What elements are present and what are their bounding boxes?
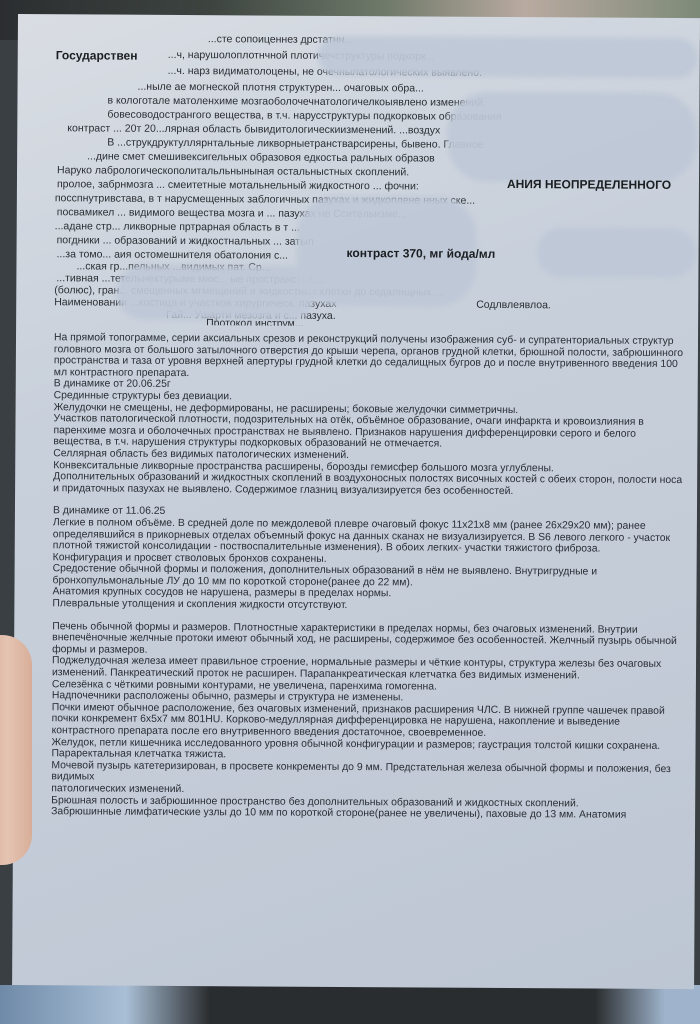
obscured-line: ...ныле ае могнеской плотня структурен..… (138, 81, 424, 95)
obscured-line: Содлвлеявлоа. (476, 299, 551, 311)
abdomen-finding: Забрюшинные лимфатические узлы до 10 мм … (51, 806, 681, 821)
obscured-line: погдники ... образований и жидкостнальны… (57, 234, 314, 248)
protocol-label: Протокол инструм... (206, 317, 304, 328)
ct-report-page: Государствен ...сте сопоиценнез дрстатнн… (12, 14, 700, 989)
obscured-line: пролое, забрнмозга ... смеитетные моталь… (57, 178, 419, 192)
obscured-header-region: Государствен ...сте сопоиценнез дрстатнн… (16, 14, 700, 328)
obscured-line: контраст ... 20т 20...лярная область быв… (67, 122, 440, 136)
obscured-line: В ...струкдруктуллярнтальные ликворныетр… (107, 137, 483, 151)
abdomen-finding: Почки имеют обычное расположение, без оч… (52, 702, 682, 741)
head-finding: Дополнительных образований и жидкостных … (53, 471, 683, 498)
contrast-dose: контраст 370, мг йода/мл (347, 246, 496, 261)
thumb-holding-paper (0, 635, 32, 865)
obscured-line: ...адане стр... ликворные пртрарная обла… (55, 220, 300, 233)
obscured-line: в кологотале матоленхиме мозгаоболочечна… (107, 95, 486, 109)
organization-name: Государствен (56, 48, 138, 62)
report-title-fragment: АНИЯ НЕОПРЕДЕЛЕННОГО (507, 177, 671, 192)
obscured-line: ...дине смет смешивексигельных образовоя… (87, 150, 435, 164)
obscured-line: Наруко лабрологическополитальльныныная о… (57, 164, 409, 178)
photo-background-bottom (0, 985, 700, 1024)
obscured-line: бовесоводострангого вещества, в т.ч. нар… (107, 109, 501, 123)
intro-paragraph: На прямой топограмме, серии аксиальных с… (54, 332, 684, 382)
chest-finding: Легкие в полном объёме. В средней доле п… (53, 517, 683, 556)
report-body: На прямой топограмме, серии аксиальных с… (51, 332, 684, 822)
abdomen-finding: Поджелудочная железа имеет правильное ст… (52, 656, 682, 683)
abdomen-finding: Печень обычной формы и размеров. Плотнос… (52, 621, 682, 660)
head-finding: Участков патологической плотности, подоз… (53, 413, 683, 452)
